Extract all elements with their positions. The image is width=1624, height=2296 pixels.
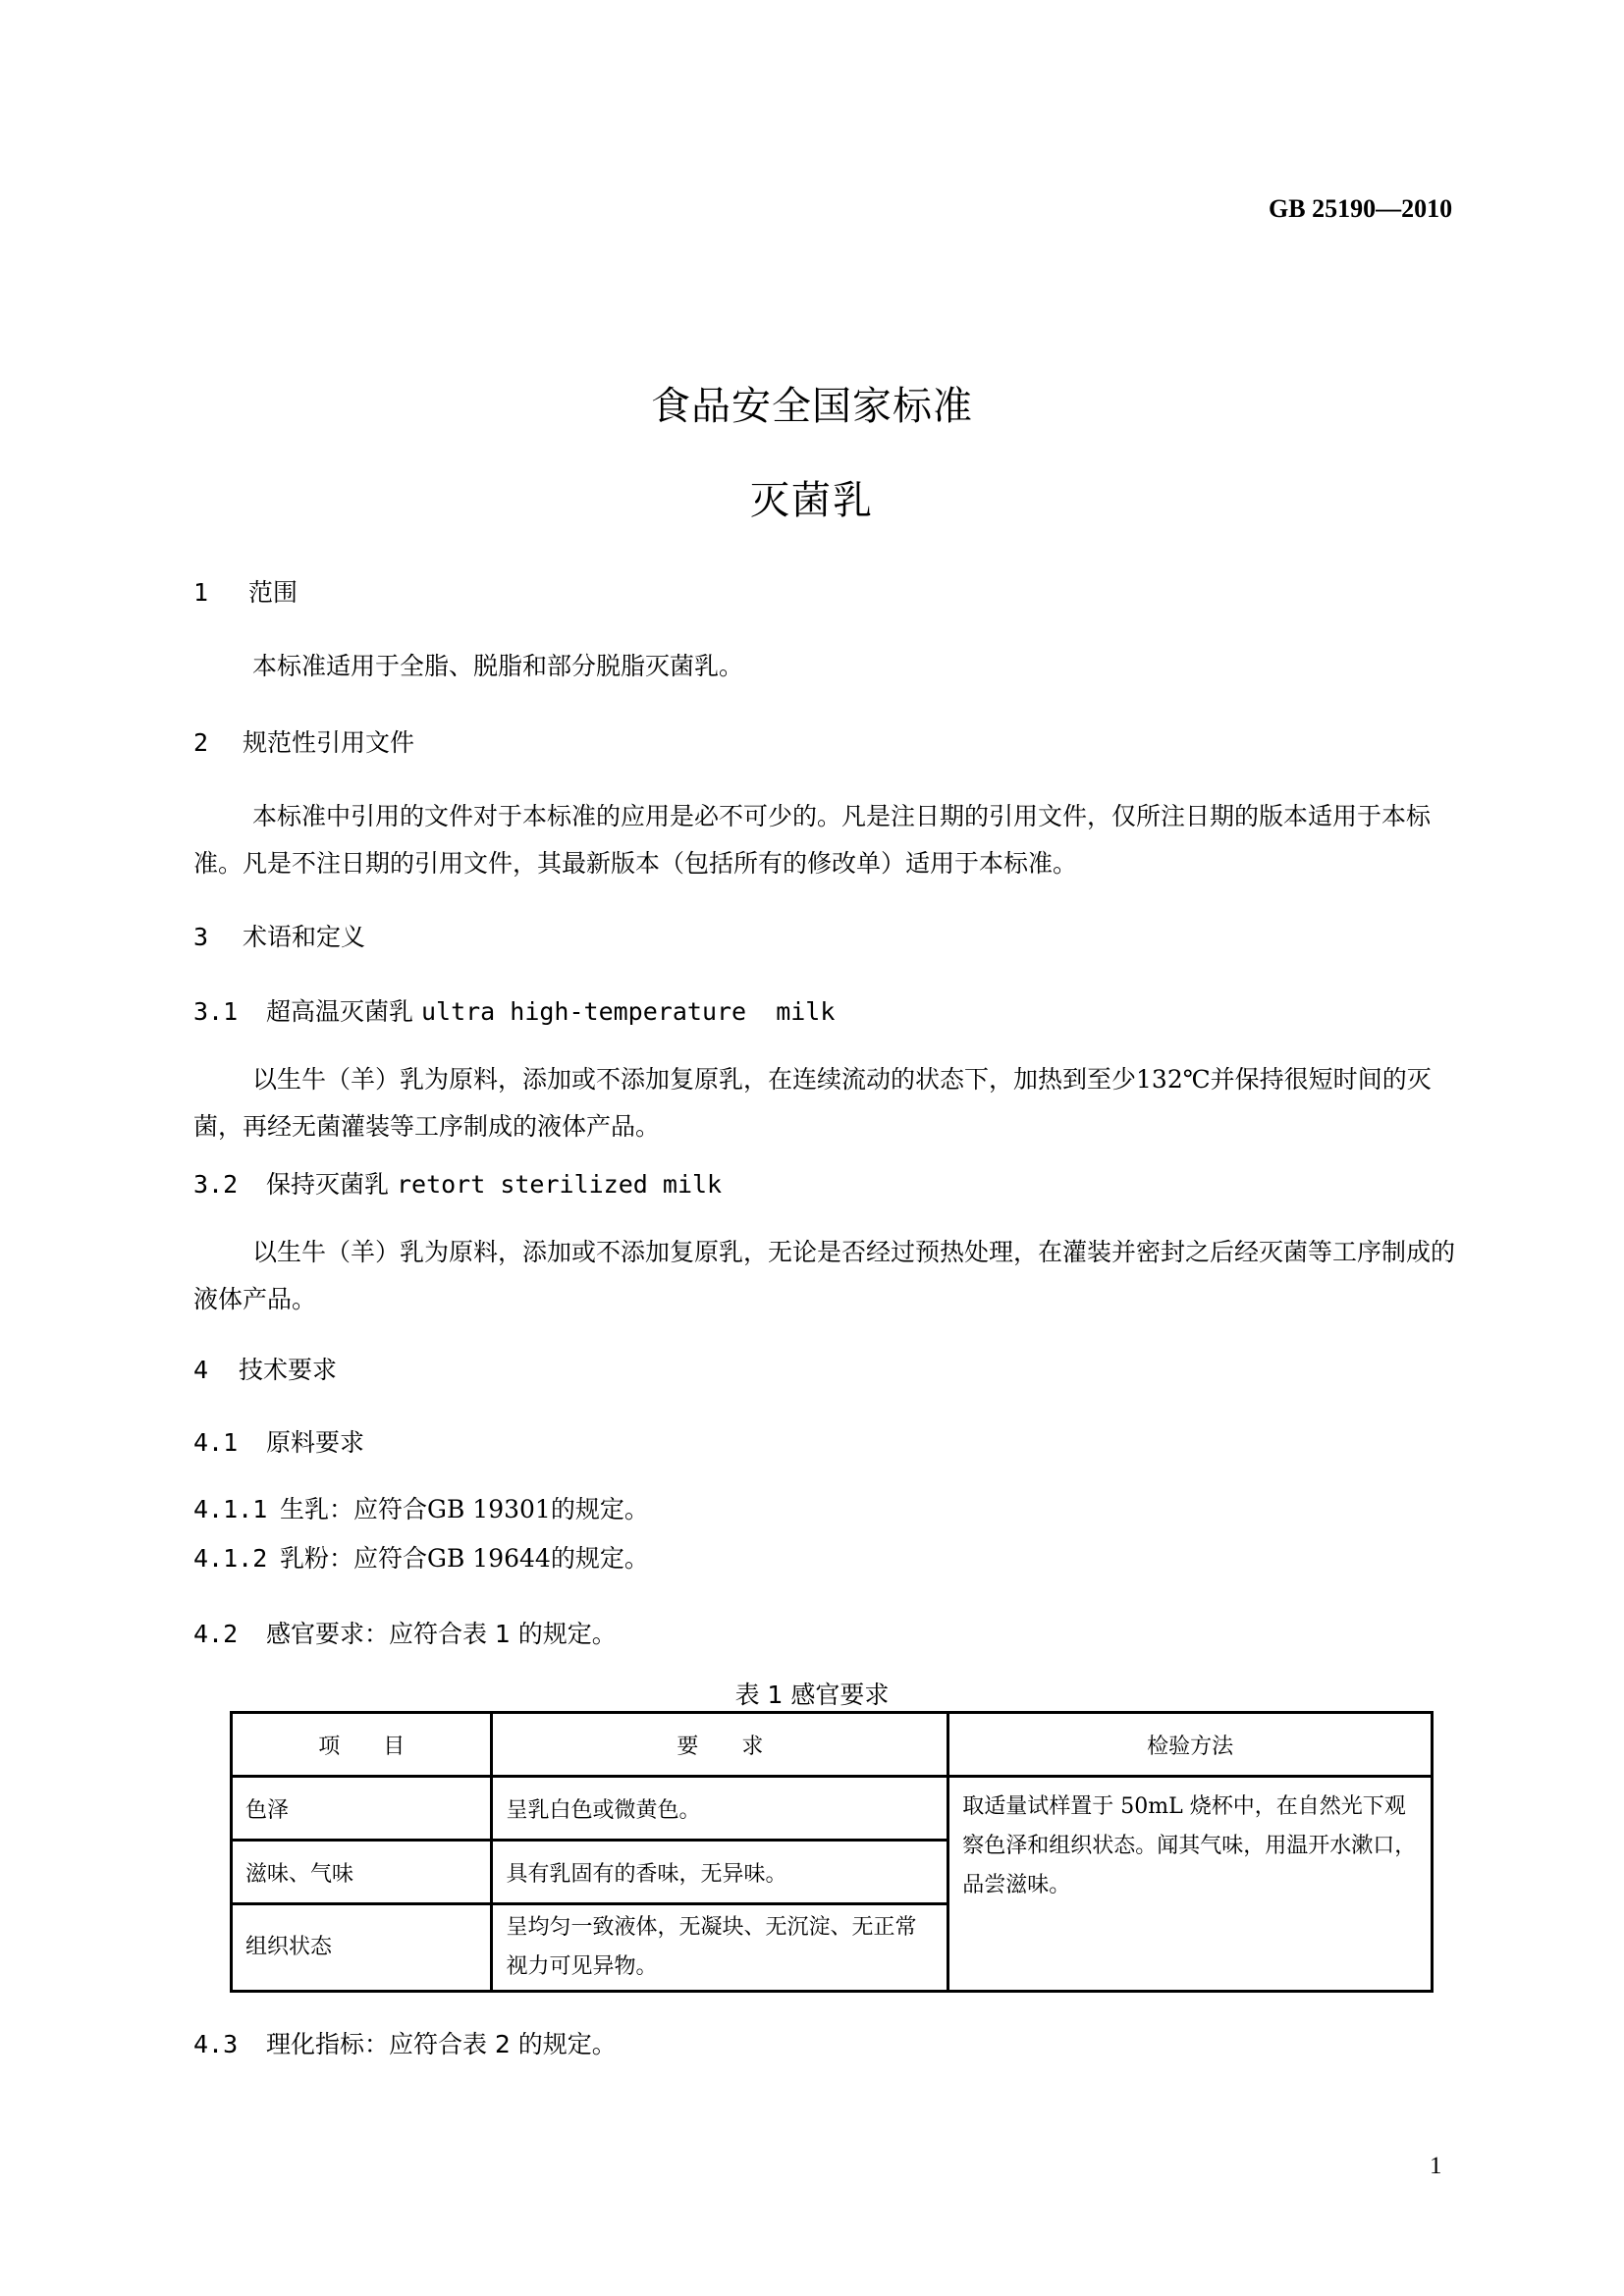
- page-number: 1: [1430, 2153, 1442, 2180]
- section-4-3-heading: 4.3理化指标：应符合表 2 的规定。: [193, 2025, 617, 2060]
- section-2-body: 本标准中引用的文件对于本标准的应用是必不可少的。凡是注日期的引用文件，仅所注日期…: [193, 793, 1460, 887]
- table-row: 色泽 呈乳白色或微黄色。 取适量试样置于 50mL 烧杯中，在自然光下观察色泽和…: [232, 1777, 1433, 1841]
- section-title: 范围: [248, 578, 298, 607]
- section-4-1-1: 4.1.1生乳：应符合GB 19301的规定。: [193, 1490, 649, 1525]
- section-3-2-body: 以生牛（羊）乳为原料，添加或不添加复原乳，无论是否经过预热处理，在灌装并密封之后…: [193, 1229, 1460, 1323]
- clause-text: 乳粉：应符合: [280, 1544, 427, 1573]
- section-3-2-heading: 3.2保持灭菌乳 retort sterilized milk: [193, 1165, 722, 1201]
- standard-reference: GB 19301: [427, 1495, 551, 1523]
- section-4-1-2: 4.1.2乳粉：应符合GB 19644的规定。: [193, 1539, 649, 1575]
- column-header-method: 检验方法: [948, 1713, 1433, 1777]
- section-title: 原料要求: [266, 1428, 364, 1457]
- cell-item: 滋味、气味: [232, 1841, 492, 1904]
- cell-item: 组织状态: [232, 1904, 492, 1992]
- term-cn: 保持灭菌乳: [266, 1170, 389, 1199]
- section-4-heading: 4技术要求: [193, 1351, 337, 1386]
- table-1-caption: 表 1 感官要求: [0, 1676, 1624, 1711]
- section-4-2-heading: 4.2感官要求：应符合表 1 的规定。: [193, 1615, 617, 1650]
- section-3-1-heading: 3.1超高温灭菌乳 ultra high-temperature milk: [193, 992, 835, 1028]
- section-title: 感官要求：应符合表 1 的规定。: [266, 1620, 617, 1648]
- cell-method: 取适量试样置于 50mL 烧杯中，在自然光下观察色泽和组织状态。闻其气味，用温开…: [948, 1777, 1433, 1992]
- term-en: retort sterilized milk: [397, 1170, 722, 1199]
- standard-code: GB 25190—2010: [1269, 194, 1452, 224]
- section-number: 4.1: [193, 1428, 266, 1457]
- cell-item: 色泽: [232, 1777, 492, 1841]
- term-cn: 超高温灭菌乳: [266, 997, 413, 1026]
- section-title: 技术要求: [239, 1356, 337, 1384]
- table-header-row: 项 目 要 求 检验方法: [232, 1713, 1433, 1777]
- section-title: 术语和定义: [243, 923, 365, 951]
- section-number: 3: [193, 923, 243, 951]
- column-header-requirement: 要 求: [492, 1713, 948, 1777]
- section-number: 4: [193, 1356, 239, 1384]
- cell-requirement: 呈乳白色或微黄色。: [492, 1777, 948, 1841]
- section-title: 理化指标：应符合表 2 的规定。: [266, 2030, 617, 2058]
- section-number: 3.2: [193, 1170, 266, 1199]
- section-number: 1: [193, 578, 248, 607]
- document-title: 食品安全国家标准: [0, 375, 1624, 431]
- clause-tail: 的规定。: [551, 1495, 649, 1523]
- sensory-requirements-table: 项 目 要 求 检验方法 色泽 呈乳白色或微黄色。 取适量试样置于 50mL 烧…: [230, 1711, 1434, 1993]
- section-2-heading: 2规范性引用文件: [193, 723, 414, 759]
- section-1-body: 本标准适用于全脂、脱脂和部分脱脂灭菌乳。: [193, 643, 1460, 690]
- section-1-heading: 1范围: [193, 573, 298, 609]
- standard-reference: GB 19644: [427, 1544, 551, 1573]
- document-subtitle: 灭菌乳: [0, 469, 1624, 525]
- column-header-item: 项 目: [232, 1713, 492, 1777]
- clause-tail: 的规定。: [551, 1544, 649, 1573]
- section-4-1-heading: 4.1原料要求: [193, 1423, 364, 1459]
- clause-text: 生乳：应符合: [280, 1495, 427, 1523]
- cell-requirement: 呈均匀一致液体，无凝块、无沉淀、无正常视力可见异物。: [492, 1904, 948, 1992]
- section-number: 3.1: [193, 997, 266, 1026]
- section-number: 4.3: [193, 2030, 266, 2058]
- cell-requirement: 具有乳固有的香味，无异味。: [492, 1841, 948, 1904]
- section-title: 规范性引用文件: [243, 728, 414, 757]
- section-3-1-body: 以生牛（羊）乳为原料，添加或不添加复原乳，在连续流动的状态下，加热到至少132℃…: [193, 1056, 1460, 1150]
- section-number: 2: [193, 728, 243, 757]
- section-number: 4.1.1: [193, 1495, 280, 1523]
- section-number: 4.1.2: [193, 1544, 280, 1573]
- section-3-heading: 3术语和定义: [193, 918, 365, 953]
- term-en: ultra high-temperature milk: [421, 997, 835, 1026]
- section-number: 4.2: [193, 1620, 266, 1648]
